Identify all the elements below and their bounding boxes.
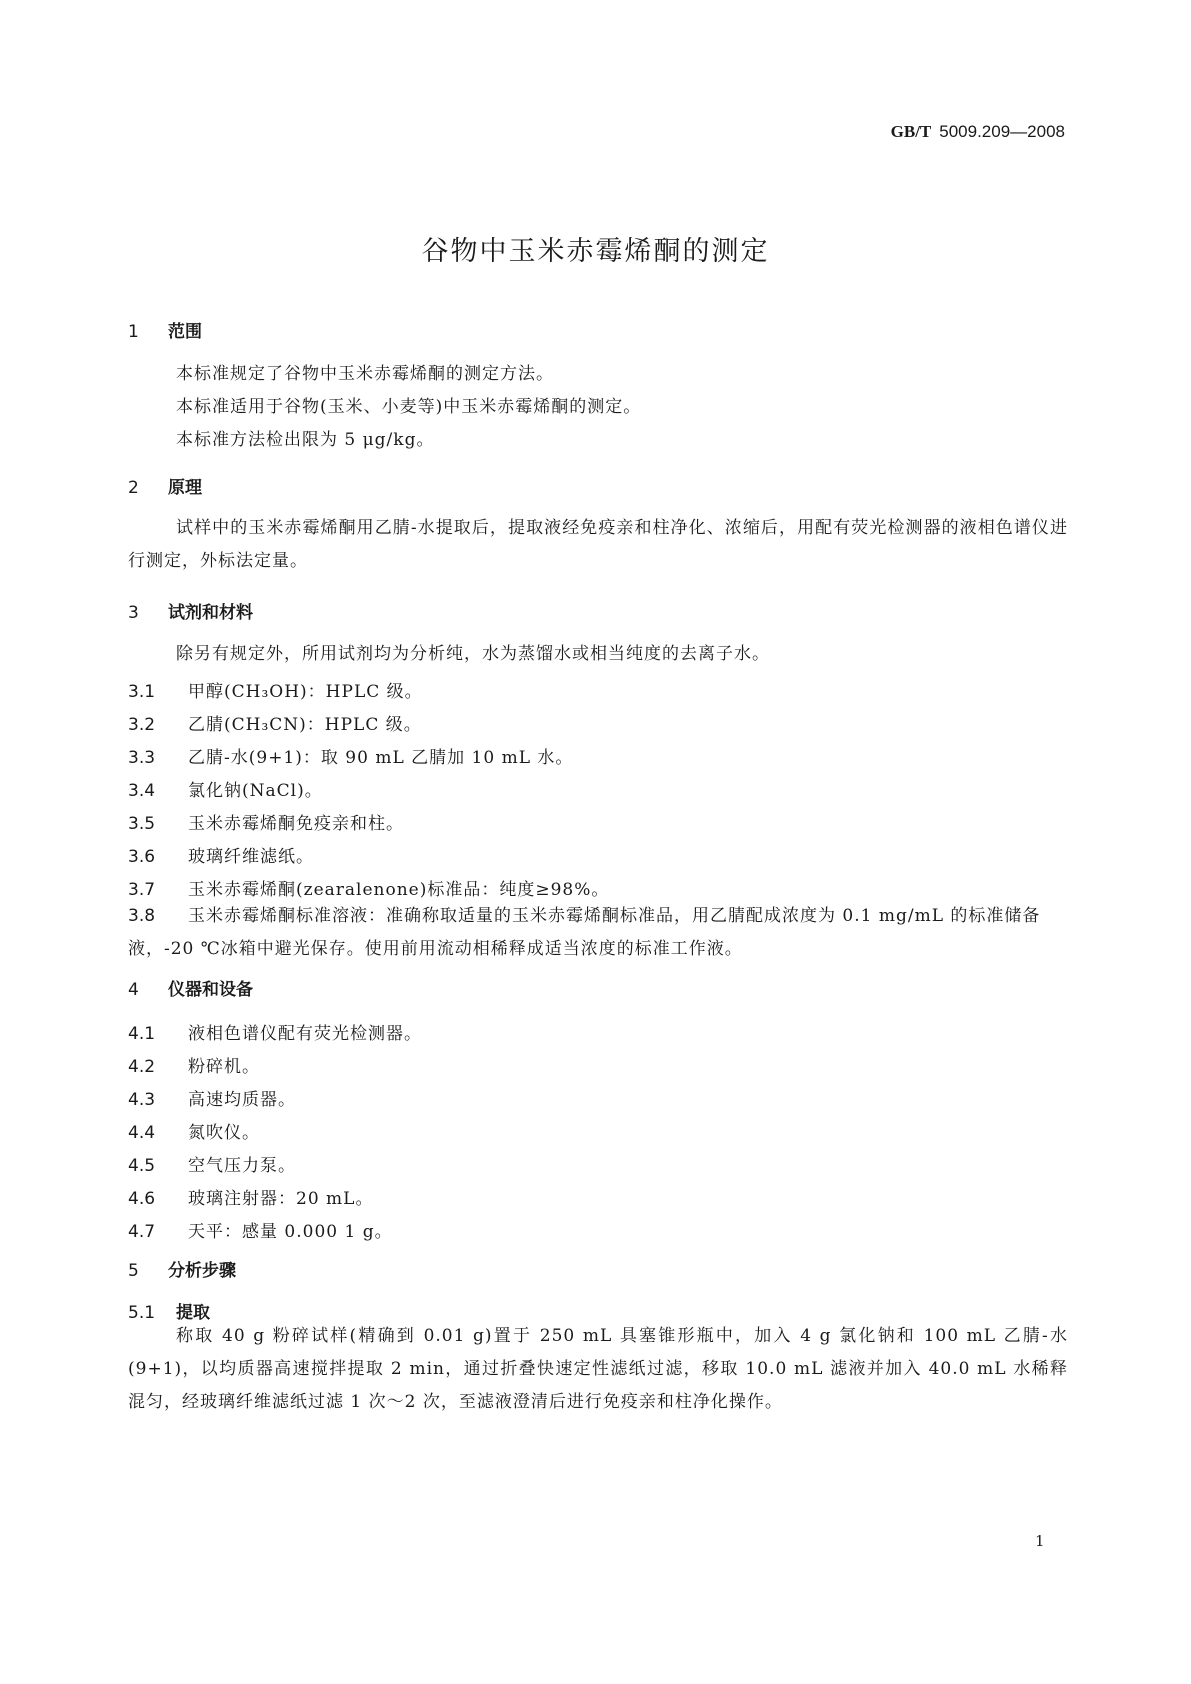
paragraph: 本标准方法检出限为 5 μg/kg。 <box>176 424 434 457</box>
page-number: 1 <box>1035 1532 1045 1550</box>
clause-text: 玉米赤霉烯酮标准溶液：准确称取适量的玉米赤霉烯酮标准品，用乙腈配成浓度为 0.1… <box>128 906 1040 959</box>
clause: 3.3乙腈-水(9+1)：取 90 mL 乙腈加 10 mL 水。 <box>128 743 573 768</box>
clause-text: 玉米赤霉烯酮免疫亲和柱。 <box>188 814 404 834</box>
clause-number: 3.1 <box>128 682 188 702</box>
clause-number: 3.3 <box>128 748 188 768</box>
section-heading-3: 3试剂和材料 <box>128 598 253 623</box>
clause: 3.1甲醇(CH₃OH)：HPLC 级。 <box>128 677 423 702</box>
clause: 3.6玻璃纤维滤纸。 <box>128 842 314 867</box>
section-number: 2 <box>128 478 168 498</box>
clause: 4.6玻璃注射器：20 mL。 <box>128 1184 373 1209</box>
clause-text: 氮吹仪。 <box>188 1123 260 1143</box>
section-title: 仪器和设备 <box>168 980 253 1000</box>
clause-text: 高速均质器。 <box>188 1090 296 1110</box>
section-heading-1: 1范围 <box>128 317 202 342</box>
section-number: 1 <box>128 322 168 342</box>
paragraph: 本标准规定了谷物中玉米赤霉烯酮的测定方法。 <box>176 358 554 391</box>
section-heading-5: 5分析步骤 <box>128 1256 236 1281</box>
standard-code: 5009.209—2008 <box>939 122 1065 141</box>
section-title: 范围 <box>168 322 202 342</box>
clause-number: 4.3 <box>128 1090 188 1110</box>
clause-number: 3.6 <box>128 847 188 867</box>
clause: 4.1液相色谱仪配有荧光检测器。 <box>128 1019 422 1044</box>
clause-number: 3.5 <box>128 814 188 834</box>
clause: 3.8玉米赤霉烯酮标准溶液：准确称取适量的玉米赤霉烯酮标准品，用乙腈配成浓度为 … <box>128 900 1068 966</box>
clause-number: 4.6 <box>128 1189 188 1209</box>
clause: 4.3高速均质器。 <box>128 1085 296 1110</box>
clause: 4.5空气压力泵。 <box>128 1151 296 1176</box>
section-heading-4: 4仪器和设备 <box>128 975 253 1000</box>
section-number: 5 <box>128 1261 168 1281</box>
clause: 4.2粉碎机。 <box>128 1052 260 1077</box>
clause-text: 天平：感量 0.000 1 g。 <box>188 1222 393 1242</box>
standard-number: GB/T5009.209—2008 <box>891 122 1065 142</box>
paragraph: 称取 40 g 粉碎试样(精确到 0.01 g)置于 250 mL 具塞锥形瓶中… <box>128 1320 1068 1419</box>
clause-text: 玻璃纤维滤纸。 <box>188 847 314 867</box>
clause-text: 乙腈(CH₃CN)：HPLC 级。 <box>188 715 422 735</box>
clause-text: 甲醇(CH₃OH)：HPLC 级。 <box>188 682 423 702</box>
clause-text: 乙腈-水(9+1)：取 90 mL 乙腈加 10 mL 水。 <box>188 748 573 768</box>
clause: 3.5玉米赤霉烯酮免疫亲和柱。 <box>128 809 404 834</box>
clause: 4.7天平：感量 0.000 1 g。 <box>128 1217 393 1242</box>
section-heading-2: 2原理 <box>128 473 202 498</box>
section-title: 分析步骤 <box>168 1261 236 1281</box>
section-number: 4 <box>128 980 168 1000</box>
section-title: 试剂和材料 <box>168 603 253 623</box>
clause-text: 氯化钠(NaCl)。 <box>188 781 323 801</box>
clause-number: 3.2 <box>128 715 188 735</box>
clause: 3.2乙腈(CH₃CN)：HPLC 级。 <box>128 710 422 735</box>
clause: 3.4氯化钠(NaCl)。 <box>128 776 323 801</box>
clause-text: 玻璃注射器：20 mL。 <box>188 1189 373 1209</box>
clause-number: 3.4 <box>128 781 188 801</box>
clause-text: 空气压力泵。 <box>188 1156 296 1176</box>
clause-text: 粉碎机。 <box>188 1057 260 1077</box>
clause: 4.4氮吹仪。 <box>128 1118 260 1143</box>
clause-number: 4.4 <box>128 1123 188 1143</box>
paragraph: 试样中的玉米赤霉烯酮用乙腈-水提取后，提取液经免疫亲和柱净化、浓缩后，用配有荧光… <box>128 512 1068 578</box>
clause-text: 玉米赤霉烯酮(zearalenone)标准品：纯度≥98%。 <box>188 880 609 900</box>
clause-number: 3.7 <box>128 880 188 900</box>
clause-text: 液相色谱仪配有荧光检测器。 <box>188 1024 422 1044</box>
section-title: 原理 <box>168 478 202 498</box>
clause: 3.7玉米赤霉烯酮(zearalenone)标准品：纯度≥98%。 <box>128 875 609 900</box>
standard-prefix: GB/T <box>891 122 932 141</box>
clause-number: 4.5 <box>128 1156 188 1176</box>
clause-number: 4.1 <box>128 1024 188 1044</box>
document-title: 谷物中玉米赤霉烯酮的测定 <box>0 229 1191 268</box>
clause-number: 4.2 <box>128 1057 188 1077</box>
clause-number: 4.7 <box>128 1222 188 1242</box>
clause-number: 3.8 <box>128 900 188 933</box>
section-number: 3 <box>128 603 168 623</box>
paragraph: 本标准适用于谷物(玉米、小麦等)中玉米赤霉烯酮的测定。 <box>176 391 641 424</box>
paragraph: 除另有规定外，所用试剂均为分析纯，水为蒸馏水或相当纯度的去离子水。 <box>176 638 770 671</box>
